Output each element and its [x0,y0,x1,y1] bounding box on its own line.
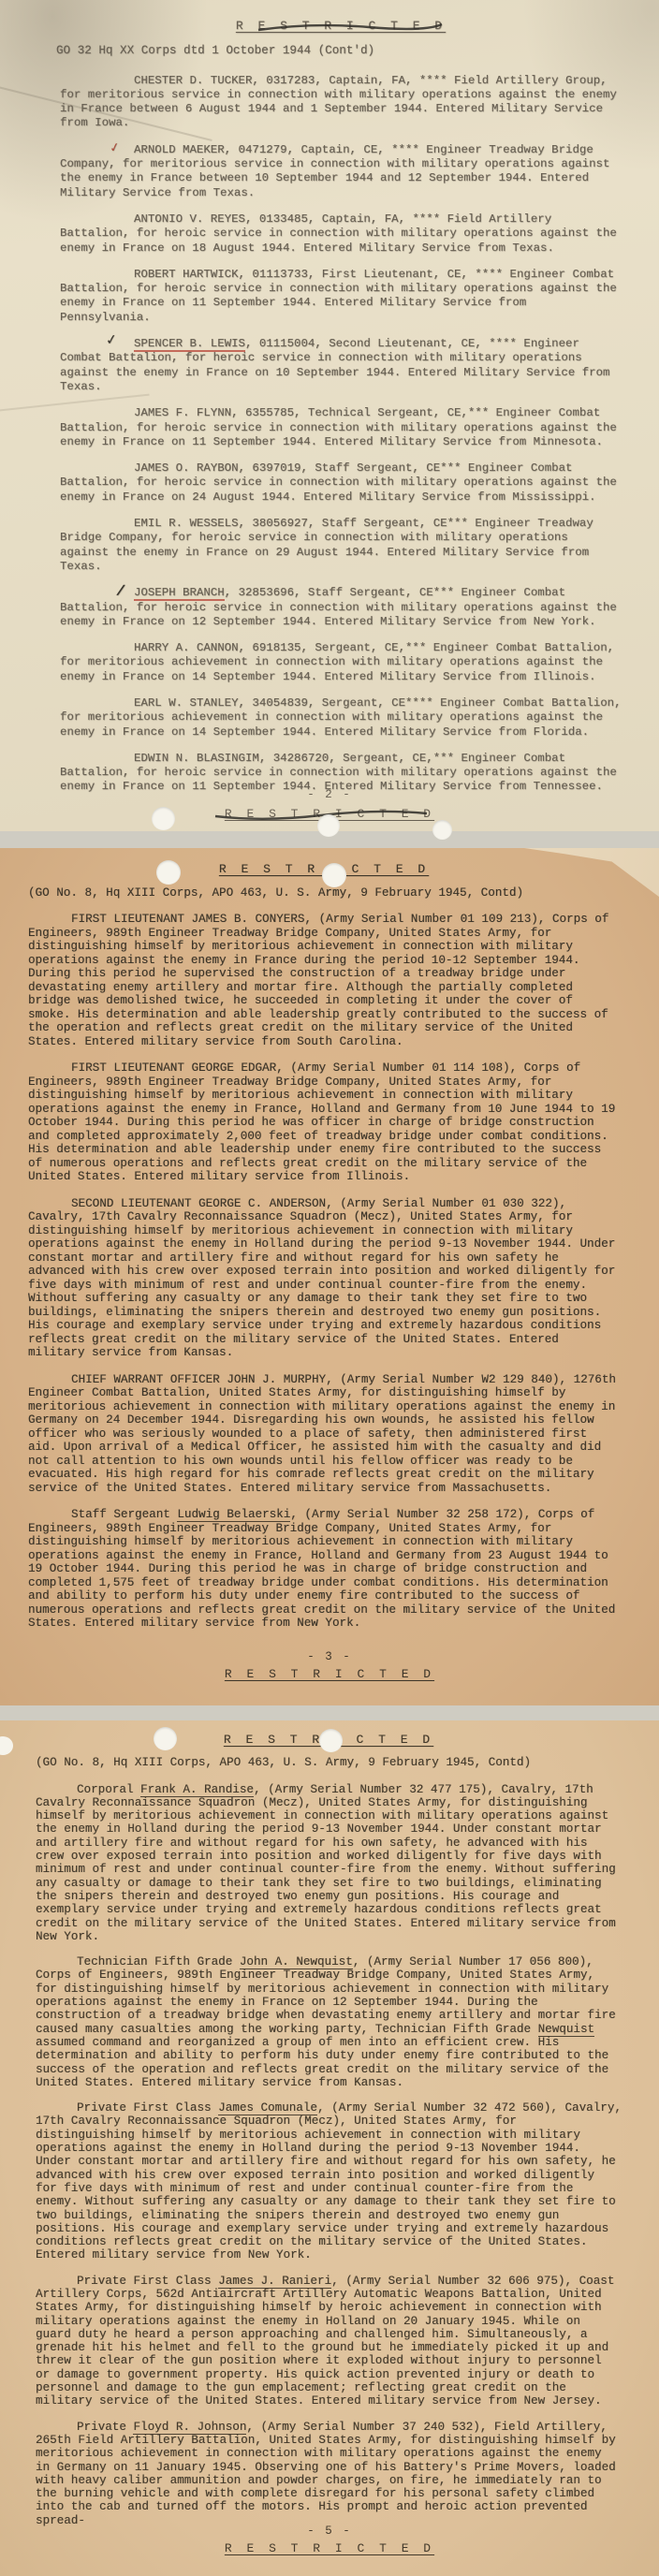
scanned-page-2: R E S T R I C T E D (GO No. 8, Hq XIII C… [0,848,659,1705]
scanned-page-1: R E S T R I C T E D GO 32 Hq XX Corps dt… [0,0,659,831]
soldier-name: HARRY A. CANNON [134,641,239,654]
citation-entry: EARL W. STANLEY, 34054839, Sergeant, CE*… [60,696,622,739]
order-heading: GO 32 Hq XX Corps dtd 1 October 1944 (Co… [56,44,622,58]
citation-entry: EMIL R. WESSELS, 38056927, Staff Sergean… [60,517,622,574]
citation-text: , (Army Serial Number 32 258 172), Corps… [28,1508,615,1630]
order-heading: (GO No. 8, Hq XIII Corps, APO 463, U. S.… [28,886,620,900]
soldier-rank: Private First Class [77,2101,218,2115]
citation-entry: CHESTER D. TUCKER, 0317283, Captain, FA,… [60,74,622,131]
citation-text: , (Army Serial Number W2 129 840), 1276t… [28,1373,616,1495]
citation-entry: /JOSEPH BRANCH, 32853696, Staff Sergeant… [60,586,622,629]
soldier-rank: Private First Class [77,2275,218,2288]
punch-hole [154,1727,177,1750]
soldier-name: FIRST LIEUTENANT GEORGE EDGAR [71,1061,276,1075]
citation-entry: Technician Fifth Grade John A. Newquist,… [36,1955,622,2089]
soldier-name: EARL W. STANLEY [134,696,239,710]
scanned-page-3: R E S T R I C T E D (GO No. 8, Hq XIII C… [0,1720,659,2576]
soldier-name: James J. Ranieri [218,2275,331,2289]
classification-footer: R E S T R I C T E D [0,1667,659,1681]
citation-text: , (Army Serial Number 01 109 213), Corps… [28,913,608,1048]
soldier-name: SECOND LIEUTENANT GEORGE C. ANDERSON [71,1197,326,1210]
citation-entry: FIRST LIEUTENANT JAMES B. CONYERS, (Army… [28,913,620,1048]
page-number: - 3 - [0,1650,659,1663]
soldier-name: Ludwig Belaerski [177,1508,290,1522]
order-heading: (GO No. 8, Hq XIII Corps, APO 463, U. S.… [36,1756,622,1769]
soldier-rank: Private [77,2421,133,2434]
pen-checkmark-icon: ✓ [106,332,118,349]
punch-hole [319,1729,343,1752]
citation-entry: FIRST LIEUTENANT GEORGE EDGAR, (Army Ser… [28,1061,620,1184]
citation-text: , (Army Serial Number 32 472 560), Caval… [36,2101,622,2261]
soldier-name: JAMES F. FLYNN [134,406,231,419]
punch-hole [322,863,346,887]
soldier-name: CHIEF WARRANT OFFICER JOHN J. MURPHY [71,1373,326,1386]
soldier-name: James Comunale [218,2101,317,2115]
soldier-name: JOSEPH BRANCH [134,586,225,599]
soldier-name: FIRST LIEUTENANT JAMES B. CONYERS [71,913,304,926]
citation-entry: Private First Class James Comunale, (Arm… [36,2101,622,2262]
soldier-rank: Staff Sergeant [71,1508,177,1521]
soldier-name: Frank A. Randise [140,1783,254,1797]
soldier-name: JAMES O. RAYBON [134,461,239,475]
citation-entry: ROBERT HARTWICK, 01113733, First Lieuten… [60,268,622,325]
citation-entry: ANTONIO V. REYES, 0133485, Captain, FA, … [60,212,622,256]
soldier-name: ROBERT HARTWICK [134,268,239,281]
citation-entry: Private Floyd R. Johnson, (Army Serial N… [36,2421,622,2527]
soldier-name: SPENCER B. LEWIS [134,337,245,350]
classification-header: R E S T R I C T E D [60,19,622,33]
soldier-name: EMIL R. WESSELS [134,517,239,530]
soldier-name: Floyd R. Johnson [133,2421,246,2435]
citation-text: , (Army Serial Number 32 606 975), Coast… [36,2275,614,2408]
citation-text: , (Army Serial Number 01 030 322), Caval… [28,1197,615,1360]
punch-hole [152,807,175,830]
citation-entry: ✓SPENCER B. LEWIS, 01115004, Second Lieu… [60,337,622,394]
page-number: - 2 - [0,788,659,801]
punch-hole [317,814,340,837]
pen-checkmark-icon: ✓ [110,140,121,156]
citation-entry: CHIEF WARRANT OFFICER JOHN J. MURPHY, (A… [28,1373,620,1496]
citation-entry: SECOND LIEUTENANT GEORGE C. ANDERSON, (A… [28,1197,620,1360]
classification-footer: R E S T R I C T E D [0,2541,659,2555]
citation-entry: HARRY A. CANNON, 6918135, Sergeant, CE,*… [60,641,622,684]
citation-text: assumed command and reorganized a group … [36,2036,608,2089]
citation-entry: Private First Class James J. Ranieri, (A… [36,2275,622,2408]
punch-hole [432,820,452,840]
soldier-name: Newquist [538,2023,594,2037]
document-scan: { "pages": [ { "classification_header": … [0,0,659,2576]
soldier-name: EDWIN N. BLASINGIM [134,752,259,765]
soldier-rank: Technician Fifth Grade [77,1955,240,1969]
citation-text: , (Army Serial Number 37 240 532), Field… [36,2421,616,2527]
soldier-name: ARNOLD MAEKER [134,143,225,156]
pen-slash-icon: / [115,584,125,600]
citation-entry: Staff Sergeant Ludwig Belaerski, (Army S… [28,1508,620,1631]
citation-text: , (Army Serial Number 01 114 108), Corps… [28,1061,615,1183]
citation-entry: ✓ARNOLD MAEKER, 0471279, Captain, CE, **… [60,143,622,200]
citation-text: , (Army Serial Number 32 477 175), Caval… [36,1783,616,1943]
soldier-name: John A. Newquist [240,1955,353,1969]
soldier-name: ANTONIO V. REYES [134,212,245,226]
citation-entry: JAMES O. RAYBON, 6397019, Staff Sergeant… [60,461,622,505]
soldier-rank: Corporal [77,1783,140,1796]
soldier-name: CHESTER D. TUCKER [134,74,252,87]
citation-entry: JAMES F. FLYNN, 6355785, Technical Serge… [60,406,622,449]
punch-hole [156,860,181,885]
citation-entry: Corporal Frank A. Randise, (Army Serial … [36,1783,622,1944]
page-number: - 5 - [0,2525,659,2538]
